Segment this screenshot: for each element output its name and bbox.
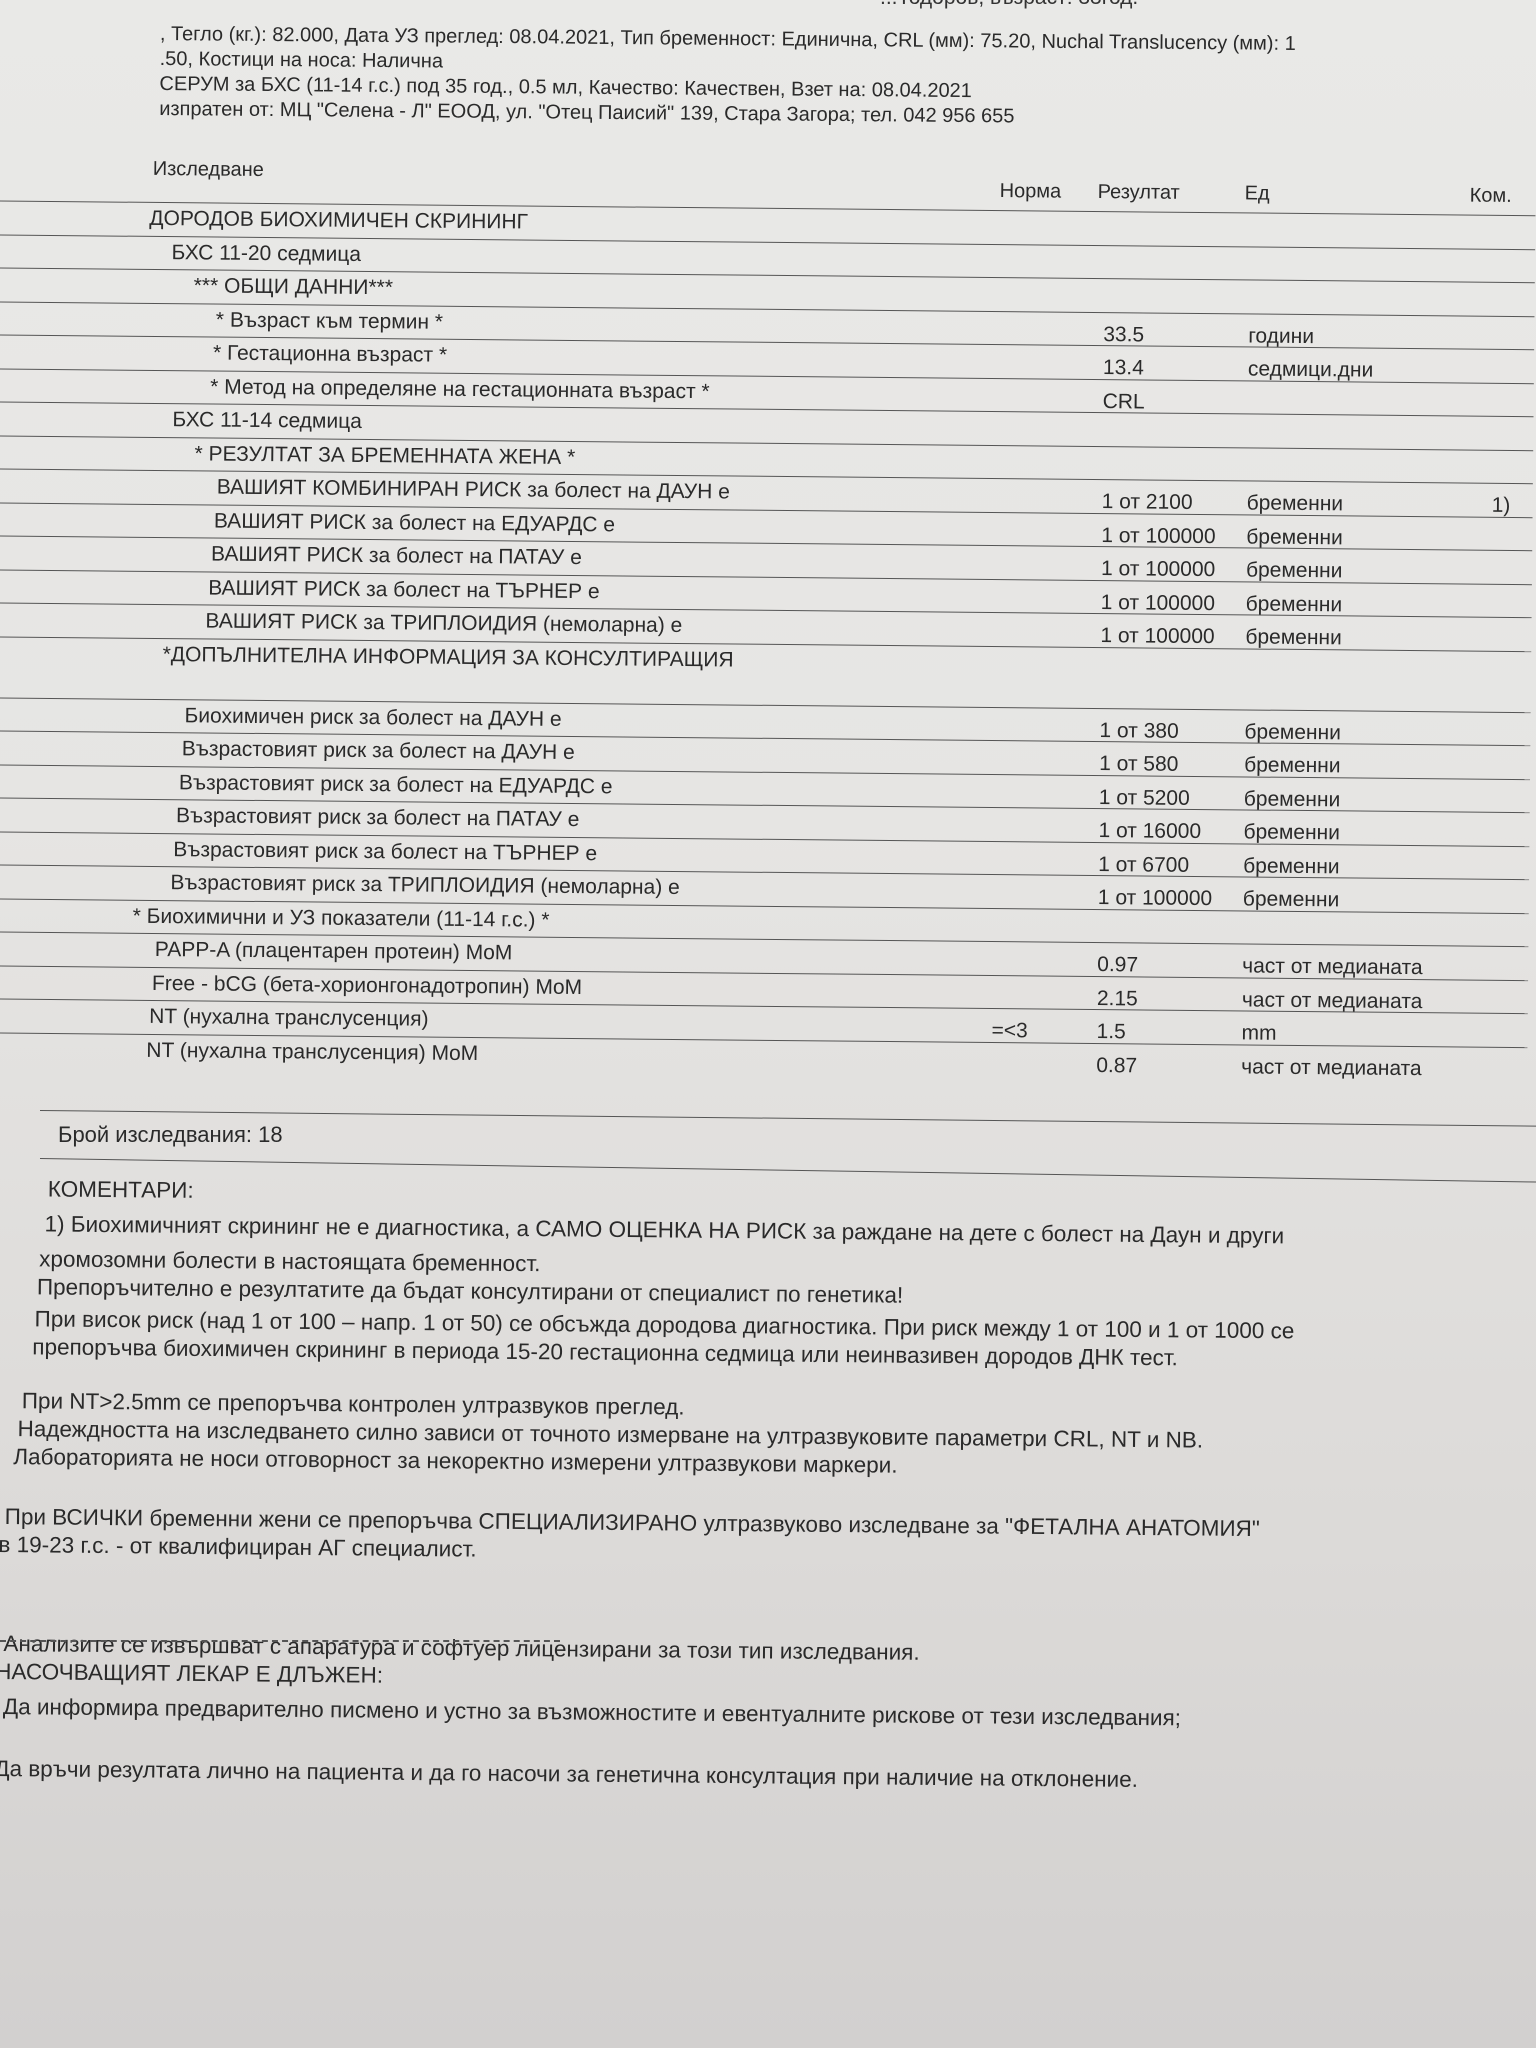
row-name: БХС 11-20 седмица [171,241,361,267]
row-name: * Гестационна възраст * [213,342,447,368]
comment-line: НАСОЧВАЩИЯТ ЛЕКАР Е ДЛЪЖЕН: [0,1658,383,1690]
row-result: 1.5 [1096,1020,1125,1044]
row-norm: =<3 [991,1019,1027,1043]
row-result: 0.87 [1096,1054,1137,1078]
row-unit: бременни [1245,625,1342,650]
row-name: ВАШИЯТ КОМБИНИРАН РИСК за болест на ДАУН… [217,476,730,505]
row-unit: бременни [1244,787,1341,812]
comment-line: Препоръчително е резултатите да бъдат ко… [37,1273,904,1309]
row-kom: 1) [1492,494,1511,518]
comments-title: КОМЕНТАРИ: [48,1175,194,1204]
row-name: БХС 11-14 седмица [172,408,362,434]
row-name: Биохимичен риск за болест на ДАУН е [184,704,561,732]
row-name: Възрастовият риск за болест на ЕДУАРДС е [179,771,613,799]
row-unit: бременни [1247,491,1344,516]
row-result: 1 от 2100 [1102,490,1193,515]
results-table: Изследване Норма Резултат Ед Ком. ДОРОДО… [0,148,1536,1080]
row-result: 1 от 6700 [1098,853,1189,878]
row-unit: бременни [1243,887,1340,912]
row-name: PAPP-A (плацентарен протеин) MoM [155,938,513,965]
row-name: ВАШИЯТ РИСК за болест на ТЪРНЕР е [208,576,600,604]
row-unit: бременни [1244,720,1341,745]
row-unit: бременни [1246,558,1343,583]
patient-header: , Тегло (кг.): 82.000, Дата УЗ преглед: … [159,22,1296,132]
row-name: ВАШИЯТ РИСК за болест на ЕДУАРДС е [214,509,615,537]
row-result: 1 от 100000 [1101,524,1215,549]
row-name: Възрастовият риск за болест на ТЪРНЕР е [173,838,597,866]
comment-line: Да информира предварително писмено и уст… [3,1693,1181,1732]
row-unit: бременни [1246,525,1343,550]
col-norm: Норма [1000,180,1062,204]
dashed-divider [0,1640,560,1642]
top-partial-text: ...Тодоров, възраст: 33год. [880,0,1138,10]
row-result: CRL [1103,390,1145,414]
col-result: Резултат [1098,181,1180,205]
row-unit: години [1248,324,1314,349]
row-result: 1 от 100000 [1101,591,1215,616]
row-result: 2.15 [1097,987,1138,1011]
row-name: *** ОБЩИ ДАННИ*** [194,274,393,300]
row-name: NT (нухална транслусенция) [149,1005,429,1032]
comment-line: Да връчи резултата лично на пациента и д… [0,1755,1138,1794]
row-result: 1 от 16000 [1098,819,1201,844]
row-result: 1 от 380 [1099,719,1178,744]
row-name: ВАШИЯТ РИСК за болест на ПАТАУ е [211,543,582,571]
row-unit: седмици.дни [1248,357,1374,382]
lab-report-page: ...Тодоров, възраст: 33год. , Тегло (кг.… [0,0,1536,2048]
divider [40,1158,1536,1183]
row-name: Възрастовият риск за ТРИПЛОИДИЯ (немолар… [170,871,680,900]
row-result: 0.97 [1097,953,1138,977]
row-name: Възрастовият риск за болест на ДАУН е [182,737,575,765]
row-unit: бременни [1243,854,1340,879]
row-unit: бременни [1244,753,1341,778]
row-name: ДОРОДОВ БИОХИМИЧЕН СКРИНИНГ [149,207,528,235]
row-unit: mm [1241,1021,1276,1045]
col-name: Изследване [153,158,264,182]
row-result: 1 от 5200 [1099,786,1190,811]
col-unit: Ед [1245,182,1270,205]
row-result: 1 от 100000 [1101,557,1215,582]
comment-line: в 19-23 г.с. - от квалифициран АГ специа… [0,1531,477,1564]
row-name: Възрастовият риск за болест на ПАТАУ е [176,804,579,832]
row-result: 13.4 [1103,356,1144,380]
row-name: * Биохимични и УЗ показатели (11-14 г.с.… [133,904,550,932]
row-unit: бременни [1246,592,1343,617]
table-body: ДОРОДОВ БИОХИМИЧЕН СКРИНИНГБХС 11-20 сед… [0,200,1535,1080]
row-unit: част от медианата [1241,1055,1422,1081]
comment-line: 1) Биохимичният скрининг не е диагностик… [44,1210,1284,1250]
row-name: * РЕЗУЛТАТ ЗА БРЕМЕННАТА ЖЕНА * [194,442,575,470]
row-unit: бременни [1243,820,1340,845]
row-name: NT (нухална транслусенция) MoM [146,1038,478,1065]
row-name: * Възраст към термин * [216,308,443,334]
row-result: 1 от 580 [1099,752,1178,777]
row-name: ВАШИЯТ РИСК за ТРИПЛОИДИЯ (немоларна) е [205,609,682,638]
row-name: Free - bCG (бета-хорионгонадотропин) MoM [152,971,582,999]
row-result: 33.5 [1103,323,1144,347]
row-name: * Метод на определяне на гестационната в… [210,375,710,404]
row-name: *ДОПЪЛНИТЕЛНА ИНФОРМАЦИЯ ЗА КОНСУЛТИРАЩИ… [163,643,734,672]
row-result: 1 от 100000 [1100,624,1214,649]
col-kom: Ком. [1470,185,1512,208]
row-result: 1 от 100000 [1098,886,1212,911]
test-count: Брой изследвания: 18 [58,1122,283,1148]
